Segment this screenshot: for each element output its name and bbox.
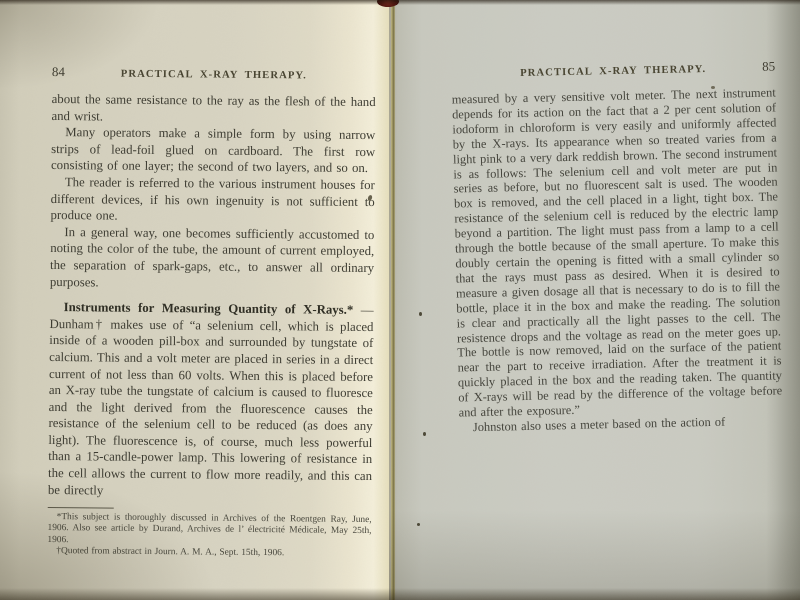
paragraph: measured by a very sensitive volt meter.…	[452, 85, 783, 420]
photo-edge	[0, 0, 800, 5]
edge-shadow	[389, 510, 800, 600]
photo-edge	[0, 588, 800, 600]
right-running-title: PRACTICAL X-RAY THERAPY.	[493, 63, 733, 79]
section-body: —Dunham† makes use of “a selenium cell, …	[48, 303, 374, 497]
paragraph: Many operators make a simple form by usi…	[51, 124, 375, 177]
paragraph: about the same resistance to the ray as …	[51, 91, 375, 127]
paragraph: In a general way, one becomes sufficient…	[50, 224, 375, 293]
paragraph: The reader is referred to the various in…	[50, 174, 374, 227]
page-speck	[711, 86, 715, 89]
page-speck	[419, 312, 422, 316]
section-heading: Instruments for Measuring Quantity of X-…	[64, 300, 354, 317]
header-spacer	[451, 77, 493, 78]
right-page-content: PRACTICAL X-RAY THERAPY. 85 measured by …	[451, 58, 783, 435]
corner-shadow	[0, 470, 220, 600]
corner-shadow	[0, 0, 160, 90]
open-book-photo: 84 PRACTICAL X-RAY THERAPY. about the sa…	[0, 0, 800, 600]
page-speck	[423, 432, 426, 436]
